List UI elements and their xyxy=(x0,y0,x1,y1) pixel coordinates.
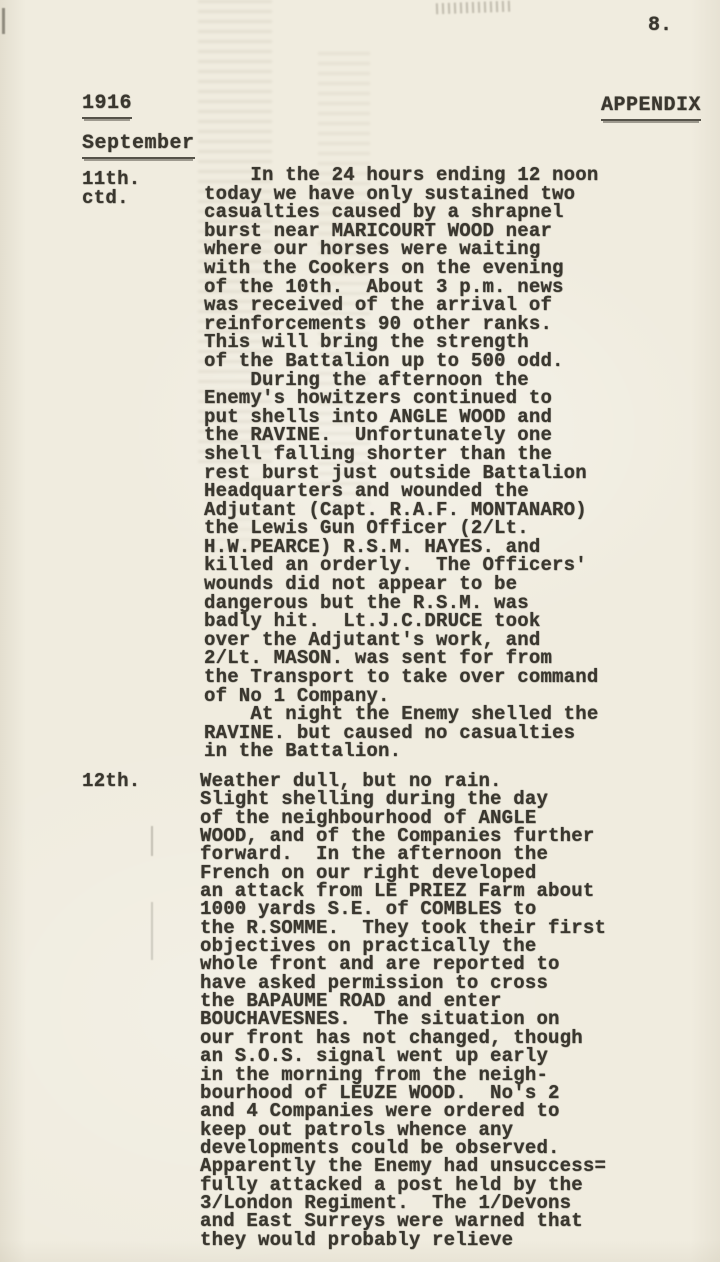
text-line: 1000 yards S.E. of COMBLES to xyxy=(200,900,606,918)
scan-line-mark xyxy=(151,826,153,856)
scan-line-mark xyxy=(151,902,153,960)
text-line: of the Battalion up to 500 odd. xyxy=(204,352,598,371)
text-line: with the Cookers on the evening xyxy=(204,259,598,278)
entry-date-ctd: ctd. xyxy=(82,187,129,209)
text-line: was received of the arrival of xyxy=(204,296,598,315)
year-heading: 1916 xyxy=(82,92,132,119)
text-line: and 4 Companies were ordered to xyxy=(200,1102,606,1120)
text-line: they would probably relieve xyxy=(200,1231,606,1249)
text-line: Headquarters and wounded the xyxy=(204,482,598,501)
text-line: in the Battalion. xyxy=(204,742,598,761)
month-heading: September xyxy=(82,132,195,159)
text-line: Slight shelling during the day xyxy=(200,790,606,808)
entry-body-12th: Weather dull, but no rain.Slight shellin… xyxy=(200,772,606,1249)
page-number: 8. xyxy=(648,14,672,37)
text-line: the Transport to take over command xyxy=(204,668,598,687)
text-line: casualties caused by a shrapnel xyxy=(204,203,598,222)
text-line: shell falling shorter than the xyxy=(204,445,598,464)
entry-date-12th: 12th. xyxy=(82,770,141,792)
document-page: 8. 1916 APPENDIX September 11th. ctd. In… xyxy=(0,0,720,1262)
text-line: forward. In the afternoon the xyxy=(200,845,606,863)
appendix-heading: APPENDIX xyxy=(601,94,701,121)
text-line: Enemy's howitzers continued to xyxy=(204,389,598,408)
entry-body-11th: In the 24 hours ending 12 noontoday we h… xyxy=(204,166,598,761)
scan-edge-mark xyxy=(2,8,5,34)
ink-smudge xyxy=(436,1,510,15)
text-line: wounds did not appear to be xyxy=(204,575,598,594)
text-line: In the 24 hours ending 12 noon xyxy=(204,166,598,185)
text-line: Apparently the Enemy had unsuccess= xyxy=(200,1157,606,1175)
text-line: and East Surreys were warned that xyxy=(200,1212,606,1230)
text-line: an S.O.S. signal went up early xyxy=(200,1047,606,1065)
